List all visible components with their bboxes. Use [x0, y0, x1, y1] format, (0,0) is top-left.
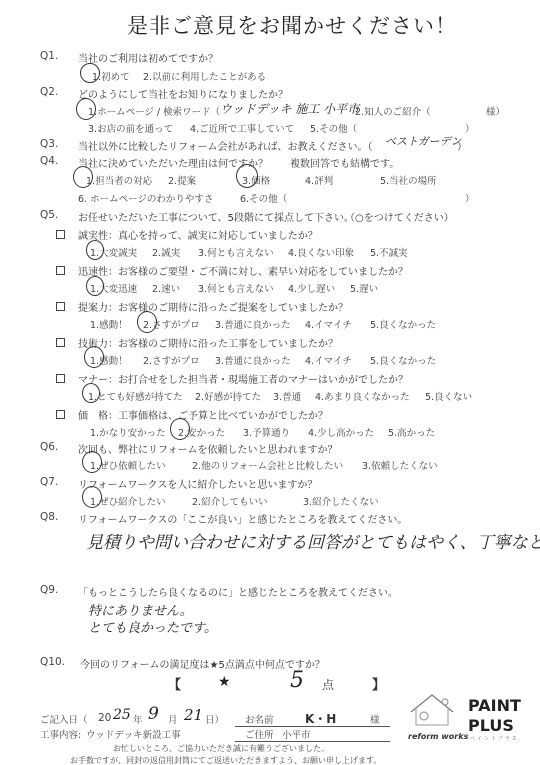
q2-question: どのようにして当社をお知りになりましたか？ [78, 86, 288, 101]
q2-search-word-answer: ウッドデッキ 施工 小平市 [220, 100, 359, 117]
day-handwritten: 21 [184, 706, 203, 724]
score-close-bracket: 】 [372, 674, 385, 693]
q5-item-price: 価 格：工事価格は、ご予算と比べていかがでしたか？ [78, 407, 328, 422]
customer-name[interactable]: K・H [305, 710, 336, 727]
q10-number: Q10. [40, 656, 65, 668]
q5-proposal-option-4[interactable]: 4.イマイチ [305, 317, 352, 331]
q3-answer: ベストガーデン [385, 133, 461, 149]
q5-manners-option-1[interactable]: 1.とても好感が持てた [88, 389, 183, 403]
address-value[interactable]: 小平市 [282, 727, 311, 741]
thanks-message: お忙しいところ、ご協力いただき誠に有難うございました。 [113, 743, 329, 754]
q2-option-5[interactable]: 5.その他（ [310, 121, 357, 135]
q2-option-4[interactable]: 4.ご近所で工事していて [190, 121, 294, 135]
day-unit: 日） [205, 712, 224, 726]
q8-handwritten-answer: 見積りや問い合わせに対する回答がとてもはやく、丁寧なところ [86, 528, 540, 553]
q3-close: ） [457, 138, 467, 153]
q5-speed-option-3[interactable]: 3.何とも言えない [198, 281, 274, 295]
selection-circle [86, 240, 104, 260]
q5-proposal-option-3[interactable]: 3.普通に良かった [215, 317, 291, 331]
q4-option-5[interactable]: 5.当社の場所 [380, 173, 437, 187]
star-icon: ★ [218, 674, 231, 690]
selection-circle [236, 164, 258, 188]
q5-speed-option-2[interactable]: 2.速い [152, 281, 180, 295]
house-logo-icon [407, 692, 457, 730]
q4-option-1[interactable]: 1.担当者の対応 [86, 173, 152, 187]
q5-manners-option-5[interactable]: 5.良くない [425, 389, 472, 403]
q5-manners-option-3[interactable]: 3.普通 [273, 389, 301, 403]
q5-question: お任せいただいた工事について、5段階にて採点して下さい。 [78, 209, 354, 224]
checkbox[interactable] [56, 266, 65, 275]
q7-option-2[interactable]: 2.紹介してもいい [192, 494, 268, 508]
q5-price-option-4[interactable]: 4.少し高かった [308, 425, 374, 439]
q6-option-2[interactable]: 2.他のリフォーム会社と比較したい [192, 458, 343, 472]
q9-answer-line-2: とても良かったです。 [88, 617, 217, 636]
q4-option-6[interactable]: 6. ホームページのわかりやすさ [78, 191, 213, 205]
q5-honesty-option-5[interactable]: 5.不誠実 [370, 245, 408, 259]
month-handwritten: 9 [148, 704, 159, 724]
selection-circle [170, 418, 190, 440]
q5-honesty-option-3[interactable]: 3.何とも言えない [198, 245, 274, 259]
q4-other-close: ） [465, 191, 475, 205]
q5-manners-option-4[interactable]: 4.あまり良くなかった [315, 389, 410, 403]
q7-question: リフォームワークスを人に紹介したいと思いますか？ [78, 476, 317, 491]
q5-price-option-3[interactable]: 3.予算通り [243, 425, 290, 439]
page-title: 是非ご意見をお聞かせください！ [127, 10, 457, 40]
paint-plus-logo-line2: PLUS [468, 716, 514, 735]
selection-circle [82, 451, 102, 473]
q5-skill-option-4[interactable]: 4.イマイチ [305, 353, 352, 367]
q5-honesty-option-4[interactable]: 4.良くない印象 [288, 245, 354, 259]
return-request: お手数ですが、同封の返信用封筒にてご返送いただきますよう、お願い申し上げます。 [70, 755, 381, 765]
q6-option-3[interactable]: 3.依頼したくない [362, 458, 438, 472]
q5-item-speed: 迅速性：お客様のご要望・ご不満に対し、素早い対応をしていましたか？ [78, 263, 408, 278]
q5-item-skill: 技術力：お客様のご期待に沿った工事をしていましたか？ [78, 335, 338, 350]
q2-option-1[interactable]: 1.ホームページ / 検索ワード（ [88, 104, 220, 118]
selection-circle [137, 311, 157, 333]
q2-option-5-close: ） [465, 121, 475, 135]
work-content: ウッドデッキ新設工事 [86, 727, 181, 741]
selection-circle [76, 98, 96, 120]
q5-honesty-option-2[interactable]: 2.誠実 [152, 245, 180, 259]
selection-circle [84, 346, 104, 368]
q7-option-3[interactable]: 3.紹介したくない [303, 494, 379, 508]
q5-number: Q5. [40, 209, 58, 221]
q5-proposal-option-5[interactable]: 5.良くなかった [370, 317, 436, 331]
address-underline [235, 741, 390, 742]
year-handwritten: 25 [113, 707, 131, 723]
q5-speed-option-4[interactable]: 4.少し遅い [288, 281, 335, 295]
name-label: お名前 [245, 712, 274, 726]
checkbox[interactable] [56, 338, 65, 347]
paint-plus-subtitle: ペイントプラス [470, 735, 519, 742]
score-open-bracket: 【 [168, 674, 181, 693]
month-unit: 月 [168, 712, 178, 726]
q5-item-proposal: 提案力：お客様のご期待に沿ったご提案をしていましたか？ [78, 299, 348, 314]
q5-skill-option-5[interactable]: 5.良くなかった [370, 353, 436, 367]
q10-score: 5 [290, 668, 304, 693]
q4-option-other[interactable]: 6.その他（ [240, 191, 287, 205]
q1-question: 当社のご利用は初めてですか？ [78, 50, 218, 65]
reform-works-logo: reform works [408, 732, 468, 741]
q3-number: Q3. [40, 138, 58, 150]
year-unit: 年 [133, 712, 143, 726]
q2-option-2[interactable]: 2.知人のご紹介（ [355, 104, 431, 118]
checkbox[interactable] [56, 230, 65, 239]
address-label: ご住所 [245, 727, 274, 741]
q4-option-4[interactable]: 4.評判 [305, 173, 333, 187]
q5-item-honesty: 誠実性：真心を持って、誠実に対応していましたか？ [78, 227, 318, 242]
q5-skill-option-2[interactable]: 2.さすがプロ [143, 353, 200, 367]
q6-question: 次回も、弊社にリフォームを依頼したいと思われますか？ [78, 441, 338, 456]
checkbox[interactable] [56, 410, 65, 419]
q2-option-3[interactable]: 3.お店の前を通って [88, 121, 173, 135]
q3-question: 当社以外に比較したリフォーム会社があれば、お教えください。（ [78, 138, 373, 153]
q5-proposal-option-1[interactable]: 1.感動！ [90, 317, 128, 331]
q5-note: （○をつけてください） [345, 209, 454, 224]
q1-number: Q1. [40, 50, 58, 62]
q8-number: Q8. [40, 511, 58, 523]
q4-note: 複数回答でも結構です。 [290, 155, 399, 170]
selection-circle [82, 486, 102, 508]
q8-question: リフォームワークスの「ここが良い」と感じたところを教えてください。 [78, 511, 407, 526]
q9-number: Q9. [40, 584, 58, 596]
q2-number: Q2. [40, 86, 58, 98]
selection-circle [82, 383, 100, 403]
q1-option-2[interactable]: 2.以前に利用したことがある [143, 69, 266, 83]
selection-circle [73, 166, 93, 188]
q5-price-option-1[interactable]: 1.かなり安かった [90, 425, 166, 439]
work-label: 工事内容: [40, 727, 81, 741]
q5-skill-option-3[interactable]: 3.普通に良かった [215, 353, 291, 367]
q4-number: Q4. [40, 155, 58, 167]
checkbox[interactable] [56, 374, 65, 383]
q4-option-2[interactable]: 2.提案 [168, 173, 196, 187]
q7-number: Q7. [40, 476, 58, 488]
q9-question: 「もっとこうしたら良くなるのに」と感じたところを教えてください。 [78, 584, 398, 599]
q5-speed-option-5[interactable]: 5.遅い [350, 281, 378, 295]
date-label: ご記入日（ [40, 712, 88, 726]
year-prefix: 20 [98, 712, 111, 724]
paint-plus-logo-line1: PAINT [468, 696, 521, 715]
checkbox[interactable] [56, 302, 65, 311]
selection-circle [86, 276, 104, 296]
name-suffix: 様 [370, 712, 380, 726]
q6-number: Q6. [40, 441, 58, 453]
q2-option-2-suffix: 様） [486, 104, 505, 118]
selection-circle [80, 63, 100, 83]
q5-price-option-5[interactable]: 5.高かった [388, 425, 435, 439]
score-unit: 点 [322, 676, 334, 693]
q10-question: 今回のリフォームの満足度は★5点満点中何点ですか？ [80, 656, 325, 671]
q5-item-manners: マナー：お打合せをした担当者・現場施工者のマナーはいかがでしたか？ [78, 371, 408, 386]
q5-manners-option-2[interactable]: 2.好感が持てた [195, 389, 261, 403]
